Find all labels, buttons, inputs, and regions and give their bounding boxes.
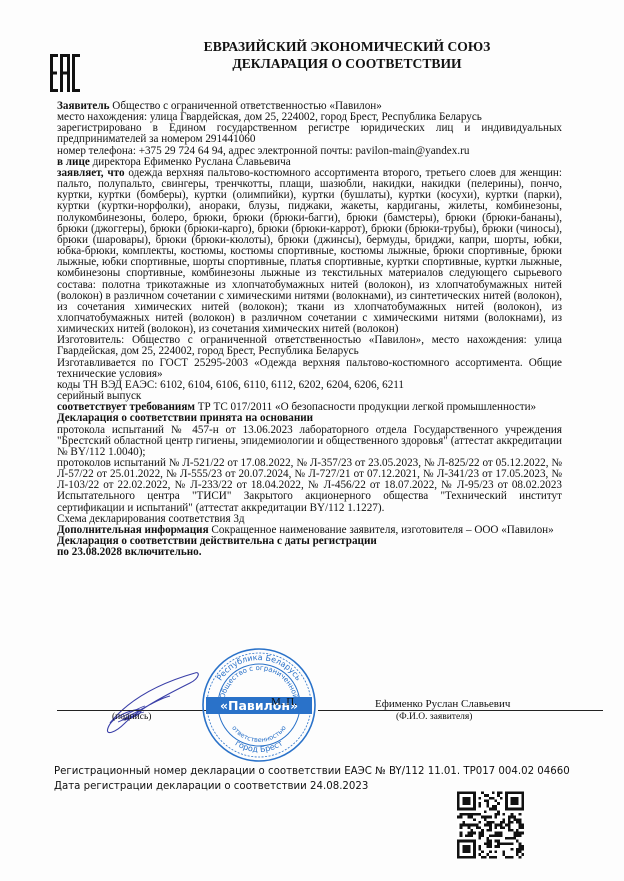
signature-caption: (подпись) (112, 712, 151, 722)
registration-info: Регистрационный номер декларации о соотв… (54, 764, 570, 794)
document-header: ЕВРАЗИЙСКИЙ ЭКОНОМИЧЕСКИЙ СОЮЗ ДЕКЛАРАЦИ… (0, 38, 624, 72)
registration-number: Регистрационный номер декларации о соотв… (54, 764, 570, 779)
declares-text: одежда верхняя пальтово-костюмного ассор… (57, 167, 562, 335)
applicant-registration: зарегистрировано в Едином государственно… (57, 123, 562, 145)
standard: Изготавливается по ГОСТ 25295-2003 «Одеж… (57, 358, 562, 380)
basis-protocols-2: протоколов испытаний № Л-521/22 от 17.08… (57, 458, 562, 514)
declares-paragraph: заявляет, что одежда верхняя пальтово-ко… (57, 168, 562, 335)
stamp-place-label: М. П. (271, 696, 297, 708)
union-title: ЕВРАЗИЙСКИЙ ЭКОНОМИЧЕСКИЙ СОЮЗ (70, 38, 624, 55)
basis-protocol-1: протокола испытаний № 457-н от 13.06.202… (57, 425, 562, 458)
basis-label: Декларация о соответствии принята на осн… (57, 413, 562, 424)
qr-code-icon[interactable] (457, 791, 524, 859)
handwritten-signature-icon (100, 668, 210, 738)
manufacturer: Изготовитель: Общество с ограниченной от… (57, 335, 562, 357)
declaration-body: Заявитель Общество с ограниченной ответс… (57, 101, 562, 558)
signer-caption: (Ф.И.О. заявителя) (396, 712, 472, 722)
signer-name: Ефименко Руслан Славьевич (375, 698, 510, 710)
declaration-title: ДЕКЛАРАЦИЯ О СООТВЕТСТВИИ (70, 55, 624, 72)
declaration-page: ЕВРАЗИЙСКИЙ ЭКОНОМИЧЕСКИЙ СОЮЗ ДЕКЛАРАЦИ… (0, 0, 624, 881)
name-line (318, 710, 603, 711)
company-stamp-icon: Республика Беларусь Общество с ограничен… (200, 645, 318, 765)
validity-line-2: по 23.08.2028 включительно. (57, 547, 562, 558)
